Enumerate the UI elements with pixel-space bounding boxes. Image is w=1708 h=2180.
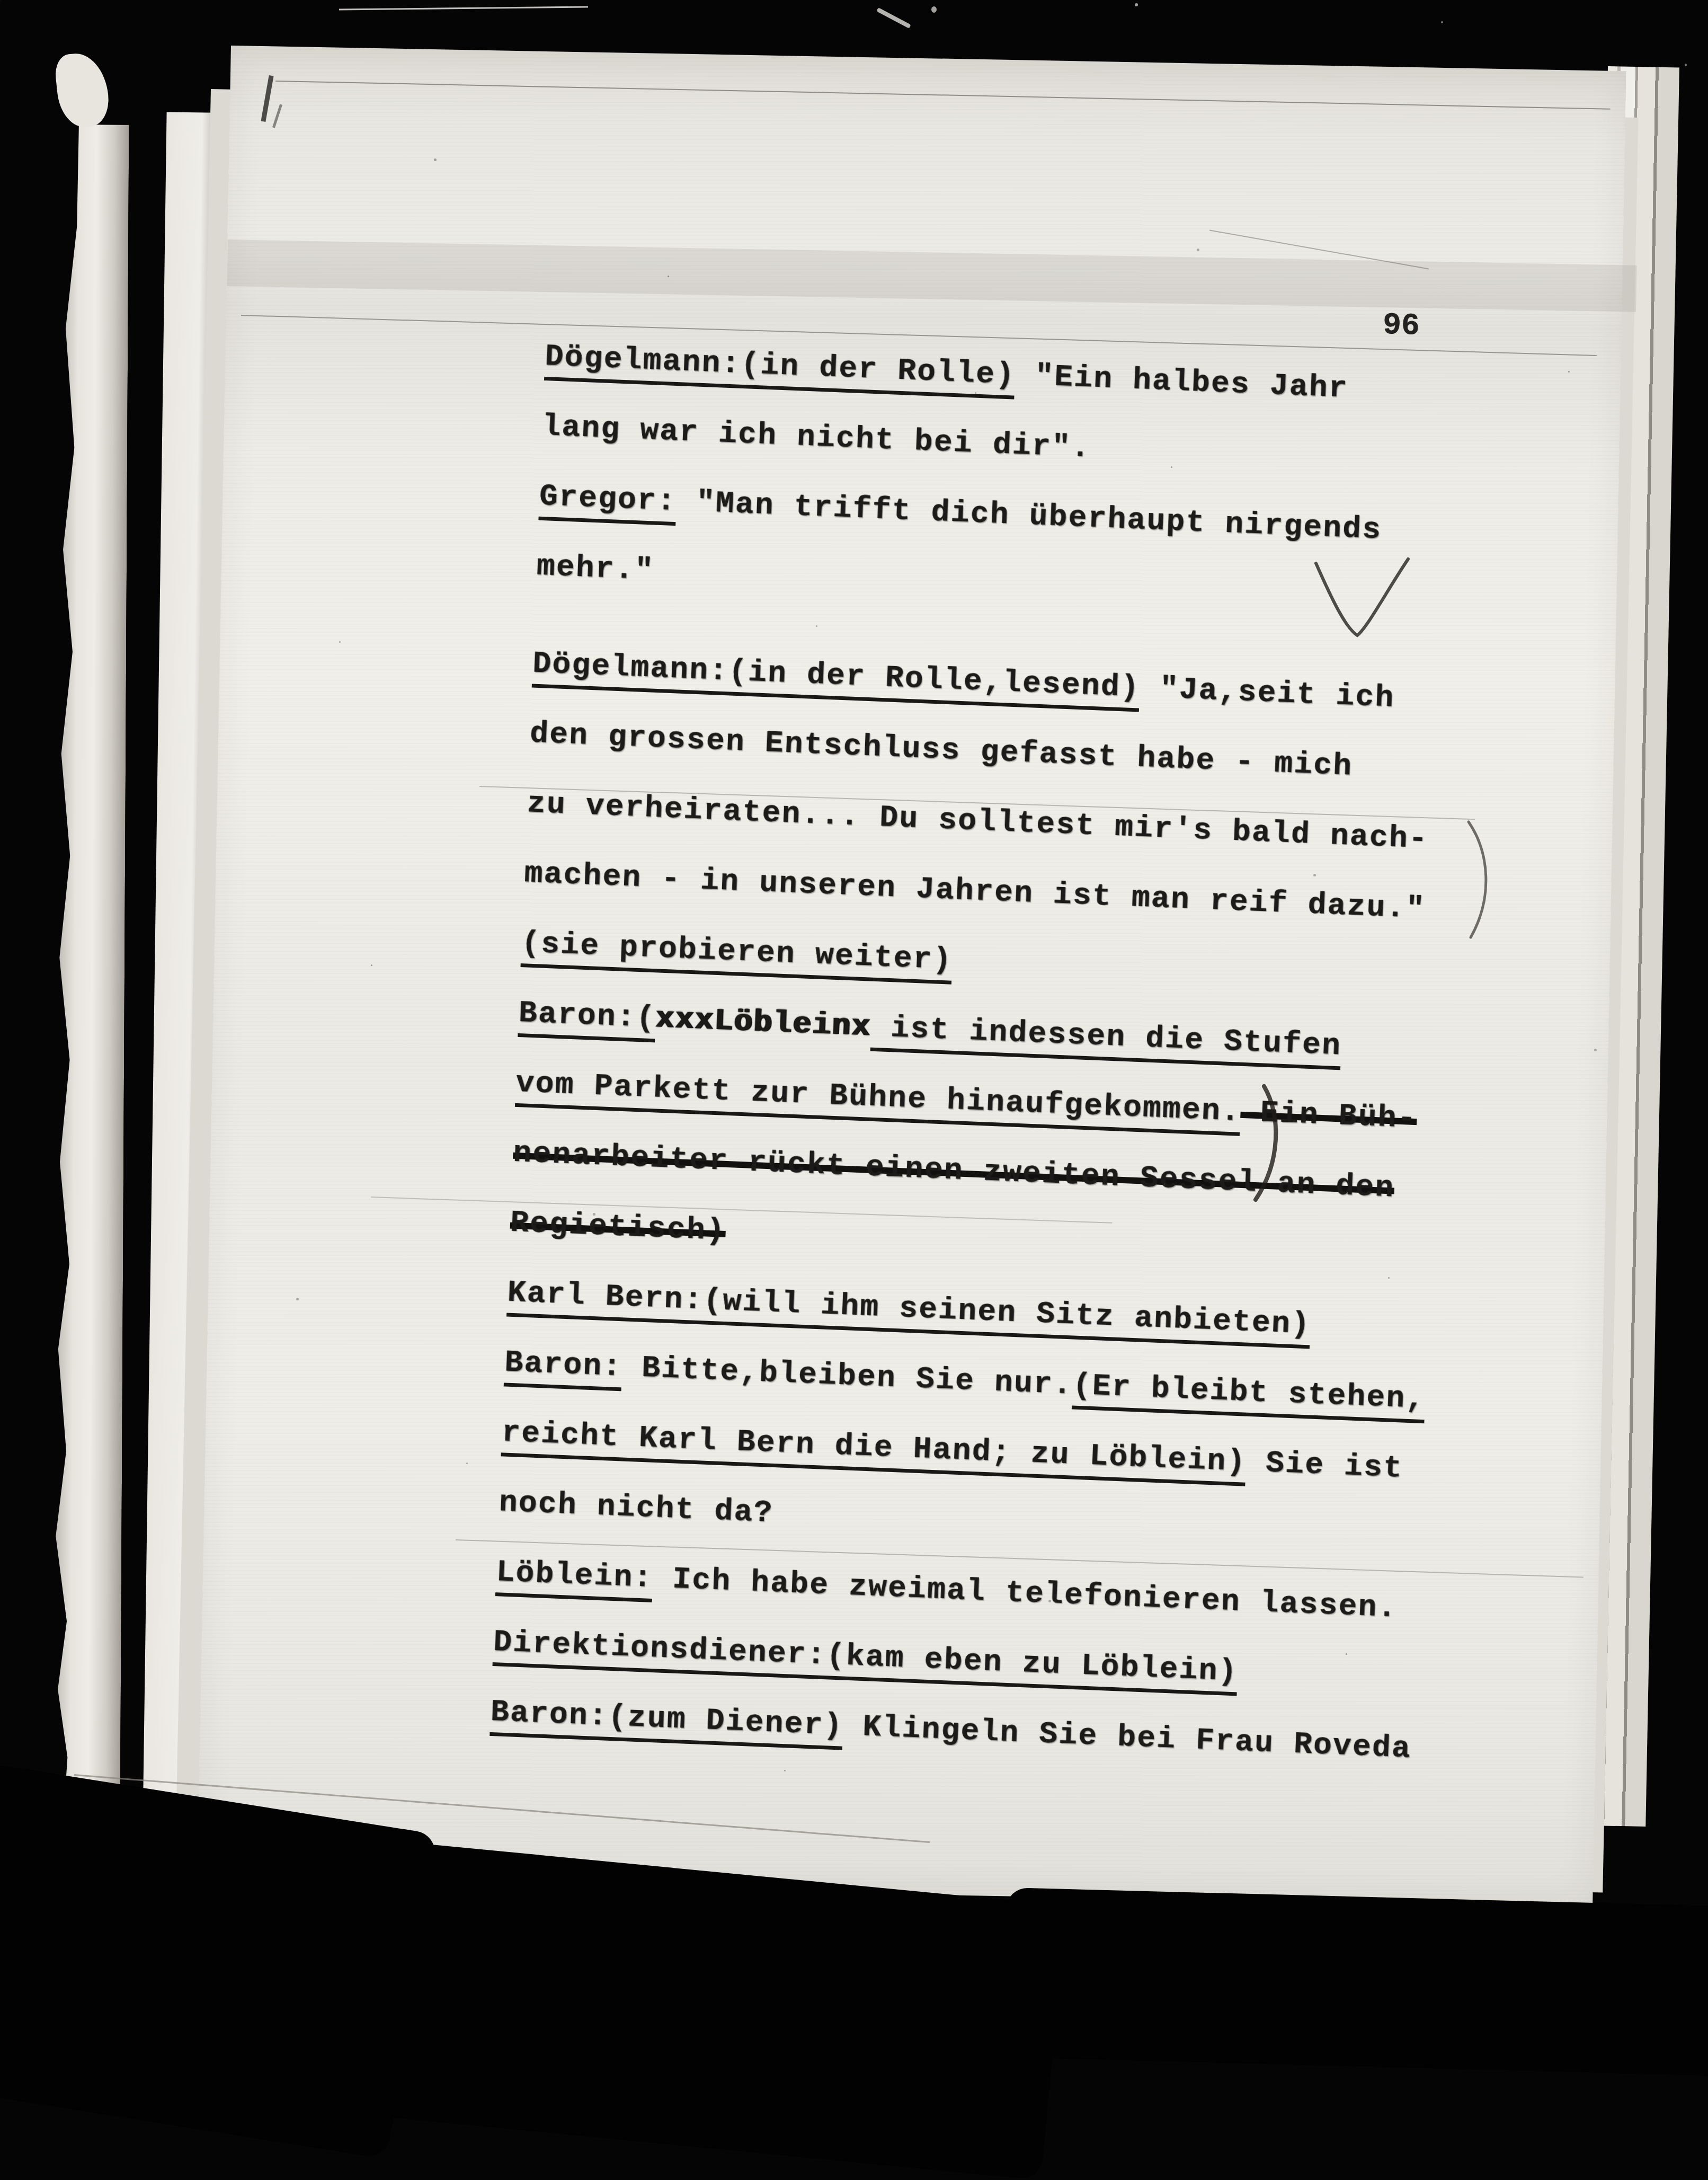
text-segment-underline: Dögelmann:(in der Rolle,lesend) xyxy=(532,647,1141,712)
dust-speckles xyxy=(0,0,2,2)
dust-dot xyxy=(1441,21,1443,23)
text-segment-plain: Sie ist xyxy=(1246,1446,1403,1486)
text-segment-underline: Löblein: xyxy=(495,1555,654,1602)
handwritten-closing-paren-mark xyxy=(1246,1082,1294,1204)
text-segment-underline: Gregor: xyxy=(538,480,677,526)
text-segment-underline: Baron: xyxy=(504,1345,623,1391)
paper-corner-fragment xyxy=(54,50,111,129)
handwritten-margin-hook-mark xyxy=(1462,819,1505,941)
dust-dot xyxy=(1685,64,1687,66)
dust-dot xyxy=(1135,3,1138,6)
dust-dot xyxy=(931,6,937,13)
text-segment-plain: "Ja,seit ich xyxy=(1139,671,1395,716)
film-streak xyxy=(339,6,588,11)
film-streak xyxy=(876,7,911,29)
typescript-lines: Dögelmann:(in der Rolle) "Ein halbes Jah… xyxy=(488,340,1583,1807)
paper-stack-left-edge xyxy=(49,125,129,1826)
page-number: 96 xyxy=(1382,308,1420,344)
text-segment-underline: Baron:( xyxy=(518,996,656,1042)
handwritten-check-mark xyxy=(1309,548,1415,654)
text-segment-plain: mehr." xyxy=(536,550,655,589)
scanned-typescript-screenshot: { "page": { "number": "96" }, "typescrip… xyxy=(0,0,1708,1937)
